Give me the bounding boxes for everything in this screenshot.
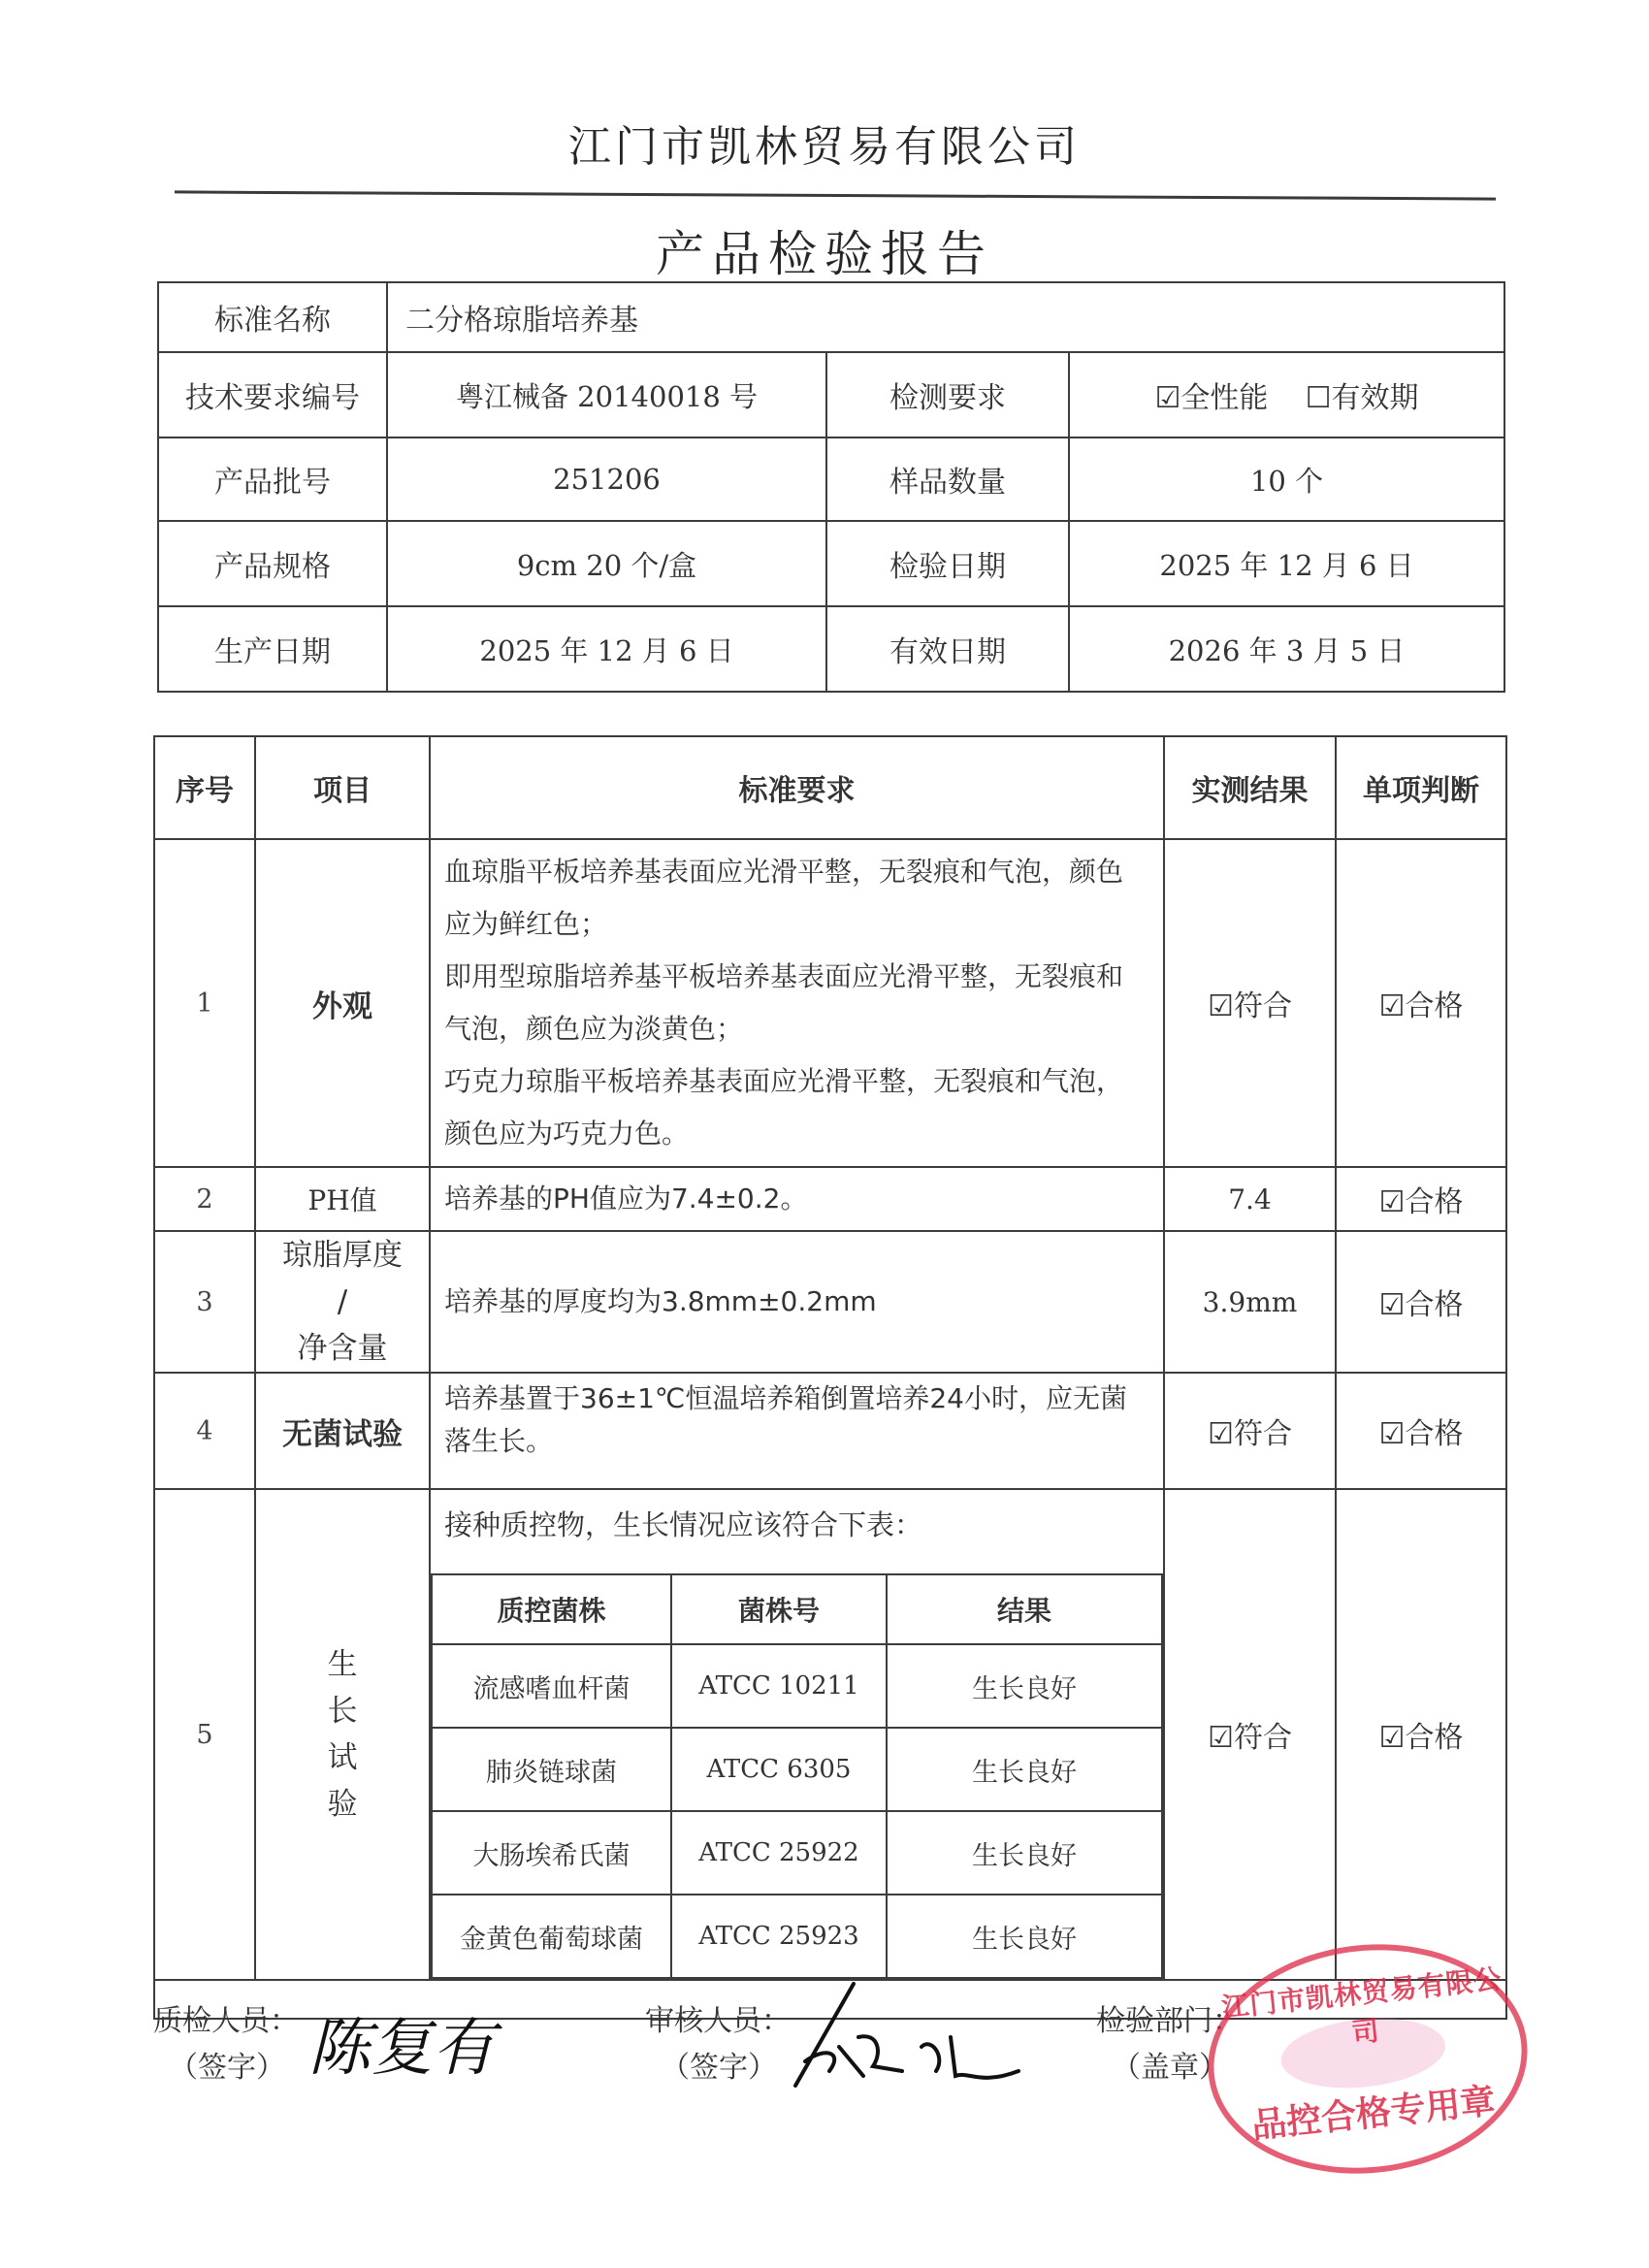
table-row: 4 无菌试验 培养基置于36±1℃恒温培养箱倒置培养24小时，应无菌 落生长。 …: [154, 1373, 1506, 1489]
row-no: 1: [154, 839, 255, 1167]
item-char: 生: [256, 1641, 429, 1688]
strain-table-header: 质控菌株 菌株号 结果: [432, 1574, 1162, 1644]
item-line: 净含量: [256, 1325, 429, 1372]
row-item: 无菌试验: [255, 1373, 430, 1489]
row-result-value: 7.4: [1164, 1167, 1336, 1231]
strain-result: 生长良好: [887, 1644, 1162, 1728]
requirement-line: 应为鲜红色；: [444, 898, 1149, 951]
info-row-spec: 产品规格 9cm 20 个/盒 检验日期 2025 年 12 月 6 日: [158, 521, 1504, 606]
test-req-label: 检测要求: [826, 352, 1069, 437]
report-title: 产品检验报告: [0, 215, 1649, 285]
info-row-dates: 生产日期 2025 年 12 月 6 日 有效日期 2026 年 3 月 5 日: [158, 606, 1504, 692]
strain-row: 肺炎链球菌 ATCC 6305 生长良好: [432, 1728, 1162, 1811]
prod-date-label: 生产日期: [158, 606, 387, 692]
table-row: 3 琼脂厚度 / 净含量 培养基的厚度均为3.8mm±0.2mm 3.9mm ☑…: [154, 1231, 1506, 1373]
strain-result: 生长良好: [887, 1811, 1162, 1895]
batch-label: 产品批号: [158, 437, 387, 521]
strain-name: 金黄色葡萄球菌: [432, 1895, 671, 1978]
strain-id: ATCC 25923: [671, 1895, 887, 1978]
header-judgement: 单项判断: [1336, 736, 1506, 839]
requirement-lead: 接种质控物，生长情况应该符合下表：: [431, 1490, 1163, 1573]
test-req-options: ☑全性能 ☐有效期: [1069, 352, 1504, 437]
table-row: 5 生 长 试 验 接种质控物，生长情况应该符合下表： 质控菌株 菌株号 结果 …: [154, 1489, 1506, 1980]
row-item: PH值: [255, 1167, 430, 1231]
row-requirement: 培养基的厚度均为3.8mm±0.2mm: [430, 1231, 1164, 1373]
strain-header-result: 结果: [887, 1574, 1162, 1644]
inspector-label-block: 质检人员： （签字）: [153, 1998, 299, 2091]
info-row-batch: 产品批号 251206 样品数量 10 个: [158, 437, 1504, 521]
spec-label: 产品规格: [158, 521, 387, 606]
table-row: 2 PH值 培养基的PH值应为7.4±0.2。 7.4 ☑合格: [154, 1167, 1506, 1231]
requirement-line: 气泡，颜色应为淡黄色；: [444, 1003, 1149, 1055]
test-results-table: 序号 项目 标准要求 实测结果 单项判断 1 外观 血琼脂平板培养基表面应光滑平…: [153, 735, 1507, 2020]
row-judgement-checkbox[interactable]: ☑合格: [1336, 1167, 1506, 1231]
reviewer-label: 审核人员：: [645, 1998, 791, 2045]
row-item: 生 长 试 验: [255, 1489, 430, 1980]
strain-header-name: 质控菌株: [432, 1574, 671, 1644]
item-line: /: [256, 1279, 429, 1325]
row-judgement-checkbox[interactable]: ☑合格: [1336, 1231, 1506, 1373]
requirement-line: 即用型琼脂培养基平板培养基表面应光滑平整，无裂痕和: [444, 951, 1149, 1003]
item-line: 琼脂厚度: [256, 1232, 429, 1279]
inspector-signature: 陈复有: [308, 1998, 495, 2088]
strain-id: ATCC 25922: [671, 1811, 887, 1895]
standard-name-label: 标准名称: [158, 282, 387, 352]
row-result-checkbox[interactable]: ☑符合: [1164, 839, 1336, 1167]
info-row-tech-req: 技术要求编号 粤江械备 20140018 号 检测要求 ☑全性能 ☐有效期: [158, 352, 1504, 437]
row-item: 琼脂厚度 / 净含量: [255, 1231, 430, 1373]
requirement-line: 落生长。: [444, 1420, 1149, 1463]
strain-table: 质控菌株 菌株号 结果 流感嗜血杆菌 ATCC 10211 生长良好 肺炎链球菌…: [431, 1573, 1163, 1979]
expiry-value: 2026 年 3 月 5 日: [1069, 606, 1504, 692]
prod-date-value: 2025 年 12 月 6 日: [387, 606, 826, 692]
standard-name-value: 二分格琼脂培养基: [387, 282, 1504, 352]
header-divider: [175, 190, 1496, 200]
strain-id: ATCC 6305: [671, 1728, 887, 1811]
item-char: 验: [256, 1781, 429, 1828]
full-performance-checkbox[interactable]: ☑全性能: [1155, 381, 1269, 415]
header-result: 实测结果: [1164, 736, 1336, 839]
row-requirement: 培养基置于36±1℃恒温培养箱倒置培养24小时，应无菌 落生长。: [430, 1373, 1164, 1489]
row-result-checkbox[interactable]: ☑符合: [1164, 1489, 1336, 1980]
strain-row: 金黄色葡萄球菌 ATCC 25923 生长良好: [432, 1895, 1162, 1978]
row-requirement: 血琼脂平板培养基表面应光滑平整，无裂痕和气泡，颜色 应为鲜红色； 即用型琼脂培养…: [430, 839, 1164, 1167]
sample-qty-value: 10 个: [1069, 437, 1504, 521]
inspector-sub: （签字）: [153, 2045, 299, 2091]
requirement-line: 颜色应为巧克力色。: [444, 1108, 1149, 1160]
row-judgement-checkbox[interactable]: ☑合格: [1336, 1489, 1506, 1980]
expiry-label: 有效日期: [826, 606, 1069, 692]
row-item: 外观: [255, 839, 430, 1167]
item-char: 试: [256, 1734, 429, 1781]
strain-result: 生长良好: [887, 1728, 1162, 1811]
row-no: 4: [154, 1373, 255, 1489]
strain-name: 流感嗜血杆菌: [432, 1644, 671, 1728]
info-row-standard-name: 标准名称 二分格琼脂培养基: [158, 282, 1504, 352]
row-requirement: 培养基的PH值应为7.4±0.2。: [430, 1167, 1164, 1231]
requirement-line: 培养基置于36±1℃恒温培养箱倒置培养24小时，应无菌: [444, 1377, 1149, 1420]
reviewer-label-block: 审核人员： （签字）: [645, 1998, 791, 2091]
header-no: 序号: [154, 736, 255, 839]
item-char: 长: [256, 1688, 429, 1734]
strain-result: 生长良好: [887, 1895, 1162, 1978]
row-result-checkbox[interactable]: ☑符合: [1164, 1373, 1336, 1489]
reviewer-signature: [786, 1979, 1077, 2095]
strain-id: ATCC 10211: [671, 1644, 887, 1728]
tech-req-label: 技术要求编号: [158, 352, 387, 437]
header-requirement: 标准要求: [430, 736, 1164, 839]
reviewer-signature-stroke-icon: [786, 1979, 1077, 2095]
spec-value: 9cm 20 个/盒: [387, 521, 826, 606]
row-requirement: 接种质控物，生长情况应该符合下表： 质控菌株 菌株号 结果 流感嗜血杆菌 ATC…: [430, 1489, 1164, 1980]
validity-checkbox[interactable]: ☐有效期: [1306, 381, 1419, 415]
tech-req-value: 粤江械备 20140018 号: [387, 352, 826, 437]
row-judgement-checkbox[interactable]: ☑合格: [1336, 1373, 1506, 1489]
test-date-value: 2025 年 12 月 6 日: [1069, 521, 1504, 606]
table-header-row: 序号 项目 标准要求 实测结果 单项判断: [154, 736, 1506, 839]
batch-value: 251206: [387, 437, 826, 521]
product-info-table: 标准名称 二分格琼脂培养基 技术要求编号 粤江械备 20140018 号 检测要…: [157, 281, 1505, 693]
reviewer-sub: （签字）: [645, 2045, 791, 2091]
requirement-line: 巧克力琼脂平板培养基表面应光滑平整，无裂痕和气泡，: [444, 1055, 1149, 1108]
row-judgement-checkbox[interactable]: ☑合格: [1336, 839, 1506, 1167]
strain-name: 肺炎链球菌: [432, 1728, 671, 1811]
row-no: 3: [154, 1231, 255, 1373]
strain-header-id: 菌株号: [671, 1574, 887, 1644]
strain-row: 大肠埃希氏菌 ATCC 25922 生长良好: [432, 1811, 1162, 1895]
row-no: 5: [154, 1489, 255, 1980]
table-row: 1 外观 血琼脂平板培养基表面应光滑平整，无裂痕和气泡，颜色 应为鲜红色； 即用…: [154, 839, 1506, 1167]
company-name: 江门市凯林贸易有限公司: [0, 112, 1649, 174]
strain-row: 流感嗜血杆菌 ATCC 10211 生长良好: [432, 1644, 1162, 1728]
header-item: 项目: [255, 736, 430, 839]
strain-name: 大肠埃希氏菌: [432, 1811, 671, 1895]
row-result-value: 3.9mm: [1164, 1231, 1336, 1373]
test-date-label: 检验日期: [826, 521, 1069, 606]
inspector-label: 质检人员：: [153, 1998, 299, 2045]
sample-qty-label: 样品数量: [826, 437, 1069, 521]
row-no: 2: [154, 1167, 255, 1231]
requirement-line: 血琼脂平板培养基表面应光滑平整，无裂痕和气泡，颜色: [444, 846, 1149, 898]
